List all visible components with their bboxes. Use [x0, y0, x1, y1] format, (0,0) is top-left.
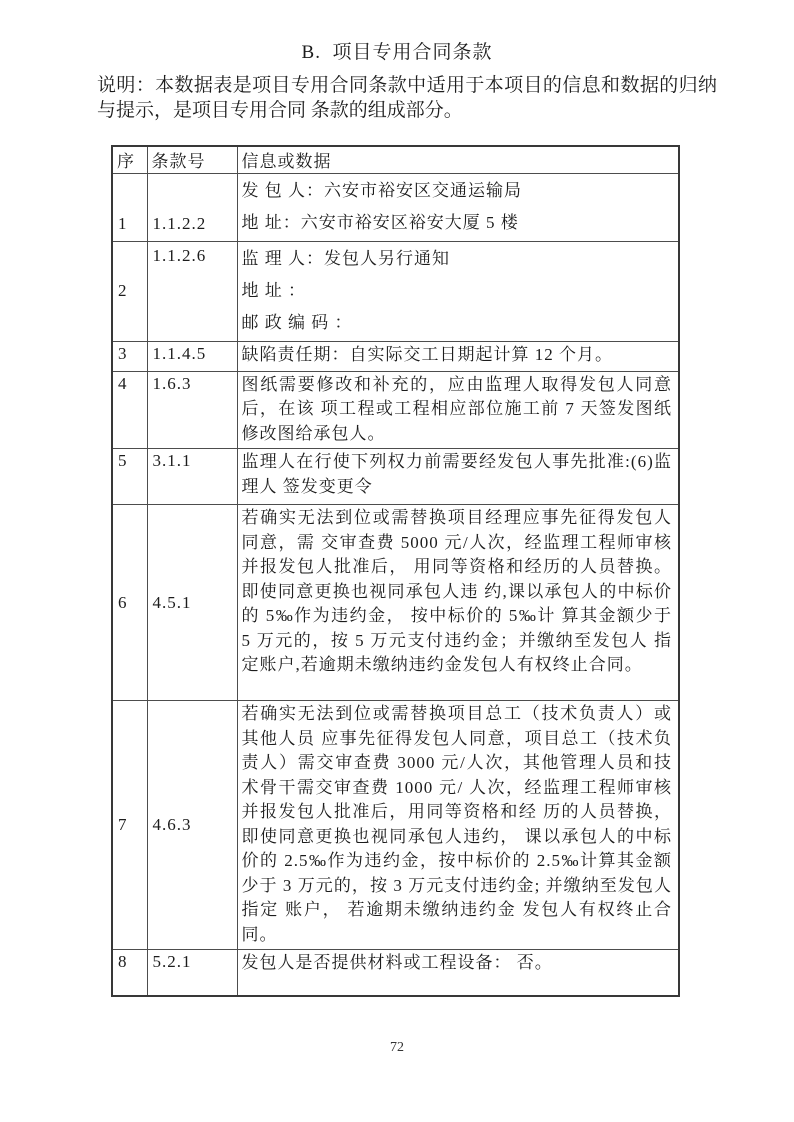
- info-line: 监 理 人：发包人另行通知: [242, 243, 673, 275]
- table-header: 序 条款号 信息或数据: [112, 146, 679, 173]
- table-row: 21.1.2.6监 理 人：发包人另行通知地 址 ：邮 政 编 码 ：: [112, 241, 679, 341]
- document-page: B. 项目专用合同条款 说明：本数据表是项目专用合同条款中适用于本项目的信息和数…: [0, 0, 794, 1122]
- info-line: 发包人是否提供材料或工程设备： 否。: [242, 951, 673, 976]
- table-row: 11.1.2.2发 包 人：六安市裕安区交通运输局地 址：六安市裕安区裕安大厦 …: [112, 173, 679, 241]
- page-title: B. 项目专用合同条款: [0, 37, 794, 64]
- seq-cell: 1: [112, 173, 147, 241]
- seq-cell: 4: [112, 371, 147, 449]
- info-line: 缺陷责任期：自实际交工日期起计算 12 个月。: [242, 343, 673, 368]
- clause-number-cell: 5.2.1: [147, 950, 237, 996]
- info-line: 发 包 人：六安市裕安区交通运输局: [242, 175, 673, 207]
- info-cell: 图纸需要修改和补充的，应由监理人取得发包人同意后，在该 项工程或工程相应部位施工…: [237, 371, 679, 449]
- info-cell: 发包人是否提供材料或工程设备： 否。: [237, 950, 679, 996]
- seq-cell: 5: [112, 449, 147, 505]
- info-cell: 若确实无法到位或需替换项目经理应事先征得发包人同意，需 交审查费 5000 元/…: [237, 505, 679, 701]
- header-clause-number: 条款号: [147, 146, 237, 173]
- header-info-or-data: 信息或数据: [237, 146, 679, 173]
- seq-cell: 2: [112, 241, 147, 341]
- table-row: 41.6.3图纸需要修改和补充的，应由监理人取得发包人同意后，在该 项工程或工程…: [112, 371, 679, 449]
- clause-number-cell: 1.6.3: [147, 371, 237, 449]
- header-seq: 序: [112, 146, 147, 173]
- info-line: 地 址：六安市裕安区裕安大厦 5 楼: [242, 207, 673, 239]
- table-row: 53.1.1监理人在行使下列权力前需要经发包人事先批准:(6)监理人 签发变更令: [112, 449, 679, 505]
- info-cell: 监 理 人：发包人另行通知地 址 ：邮 政 编 码 ：: [237, 241, 679, 341]
- clause-number-cell: 1.1.2.6: [147, 241, 237, 341]
- info-cell: 监理人在行使下列权力前需要经发包人事先批准:(6)监理人 签发变更令: [237, 449, 679, 505]
- seq-cell: 6: [112, 505, 147, 701]
- page-number: 72: [0, 1040, 794, 1056]
- info-cell: 若确实无法到位或需替换项目总工（技术负责人）或其他人员 应事先征得发包人同意，项…: [237, 701, 679, 950]
- table-row: 64.5.1若确实无法到位或需替换项目经理应事先征得发包人同意，需 交审查费 5…: [112, 505, 679, 701]
- info-line: 邮 政 编 码 ：: [242, 307, 673, 339]
- info-line: 若确实无法到位或需替换项目总工（技术负责人）或其他人员 应事先征得发包人同意，项…: [242, 702, 673, 947]
- clause-number-cell: 4.6.3: [147, 701, 237, 950]
- clause-number-cell: 3.1.1: [147, 449, 237, 505]
- clause-number-cell: 4.5.1: [147, 505, 237, 701]
- clause-number-cell: 1.1.4.5: [147, 341, 237, 371]
- table-body: 11.1.2.2发 包 人：六安市裕安区交通运输局地 址：六安市裕安区裕安大厦 …: [112, 173, 679, 996]
- seq-cell: 8: [112, 950, 147, 996]
- table-row: 31.1.4.5缺陷责任期：自实际交工日期起计算 12 个月。: [112, 341, 679, 371]
- info-cell: 缺陷责任期：自实际交工日期起计算 12 个月。: [237, 341, 679, 371]
- table-header-row: 序 条款号 信息或数据: [112, 146, 679, 173]
- seq-cell: 3: [112, 341, 147, 371]
- description-paragraph: 说明：本数据表是项目专用合同条款中适用于本项目的信息和数据的归纳与提示，是项目专…: [97, 73, 717, 123]
- clauses-table-wrapper: 序 条款号 信息或数据 11.1.2.2发 包 人：六安市裕安区交通运输局地 址…: [111, 145, 680, 997]
- clause-number-cell: 1.1.2.2: [147, 173, 237, 241]
- info-line: 图纸需要修改和补充的，应由监理人取得发包人同意后，在该 项工程或工程相应部位施工…: [242, 373, 673, 447]
- info-line: 监理人在行使下列权力前需要经发包人事先批准:(6)监理人 签发变更令: [242, 450, 673, 499]
- info-line: 若确实无法到位或需替换项目经理应事先征得发包人同意，需 交审查费 5000 元/…: [242, 506, 673, 678]
- table-row: 74.6.3若确实无法到位或需替换项目总工（技术负责人）或其他人员 应事先征得发…: [112, 701, 679, 950]
- seq-cell: 7: [112, 701, 147, 950]
- info-line: 地 址 ：: [242, 275, 673, 307]
- clauses-table: 序 条款号 信息或数据 11.1.2.2发 包 人：六安市裕安区交通运输局地 址…: [111, 145, 680, 997]
- table-row: 85.2.1发包人是否提供材料或工程设备： 否。: [112, 950, 679, 996]
- info-cell: 发 包 人：六安市裕安区交通运输局地 址：六安市裕安区裕安大厦 5 楼: [237, 173, 679, 241]
